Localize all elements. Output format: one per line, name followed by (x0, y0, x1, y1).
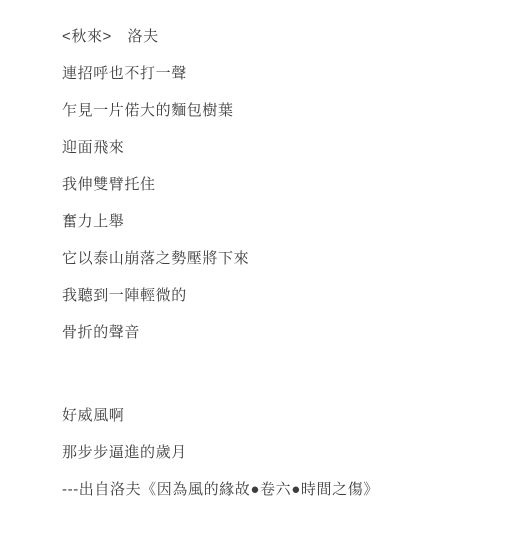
poem-line: 奮力上舉 (62, 211, 492, 233)
poem-line: 我聽到一陣輕微的 (62, 285, 492, 307)
poem-line: 乍見一片偌大的麵包樹葉 (62, 100, 492, 122)
poem-line: 連招呼也不打一聲 (62, 63, 492, 85)
poem-line: 迎面飛來 (62, 137, 492, 159)
poem-title-line: <秋來> 洛夫 (62, 26, 492, 48)
poem-line: 那步步逼進的歲月 (62, 442, 492, 464)
poem-document: <秋來> 洛夫 連招呼也不打一聲 乍見一片偌大的麵包樹葉 迎面飛來 我伸雙臂托住… (0, 0, 532, 543)
poem-line: 好威風啊 (62, 405, 492, 427)
poem-line: 它以泰山崩落之勢壓將下來 (62, 248, 492, 270)
poem-line: 我伸雙臂托住 (62, 174, 492, 196)
stanza-break (62, 359, 492, 405)
poem-line: 骨折的聲音 (62, 322, 492, 344)
poem-attribution: ---出自洛夫《因為風的緣故●卷六●時間之傷》 (62, 479, 492, 501)
